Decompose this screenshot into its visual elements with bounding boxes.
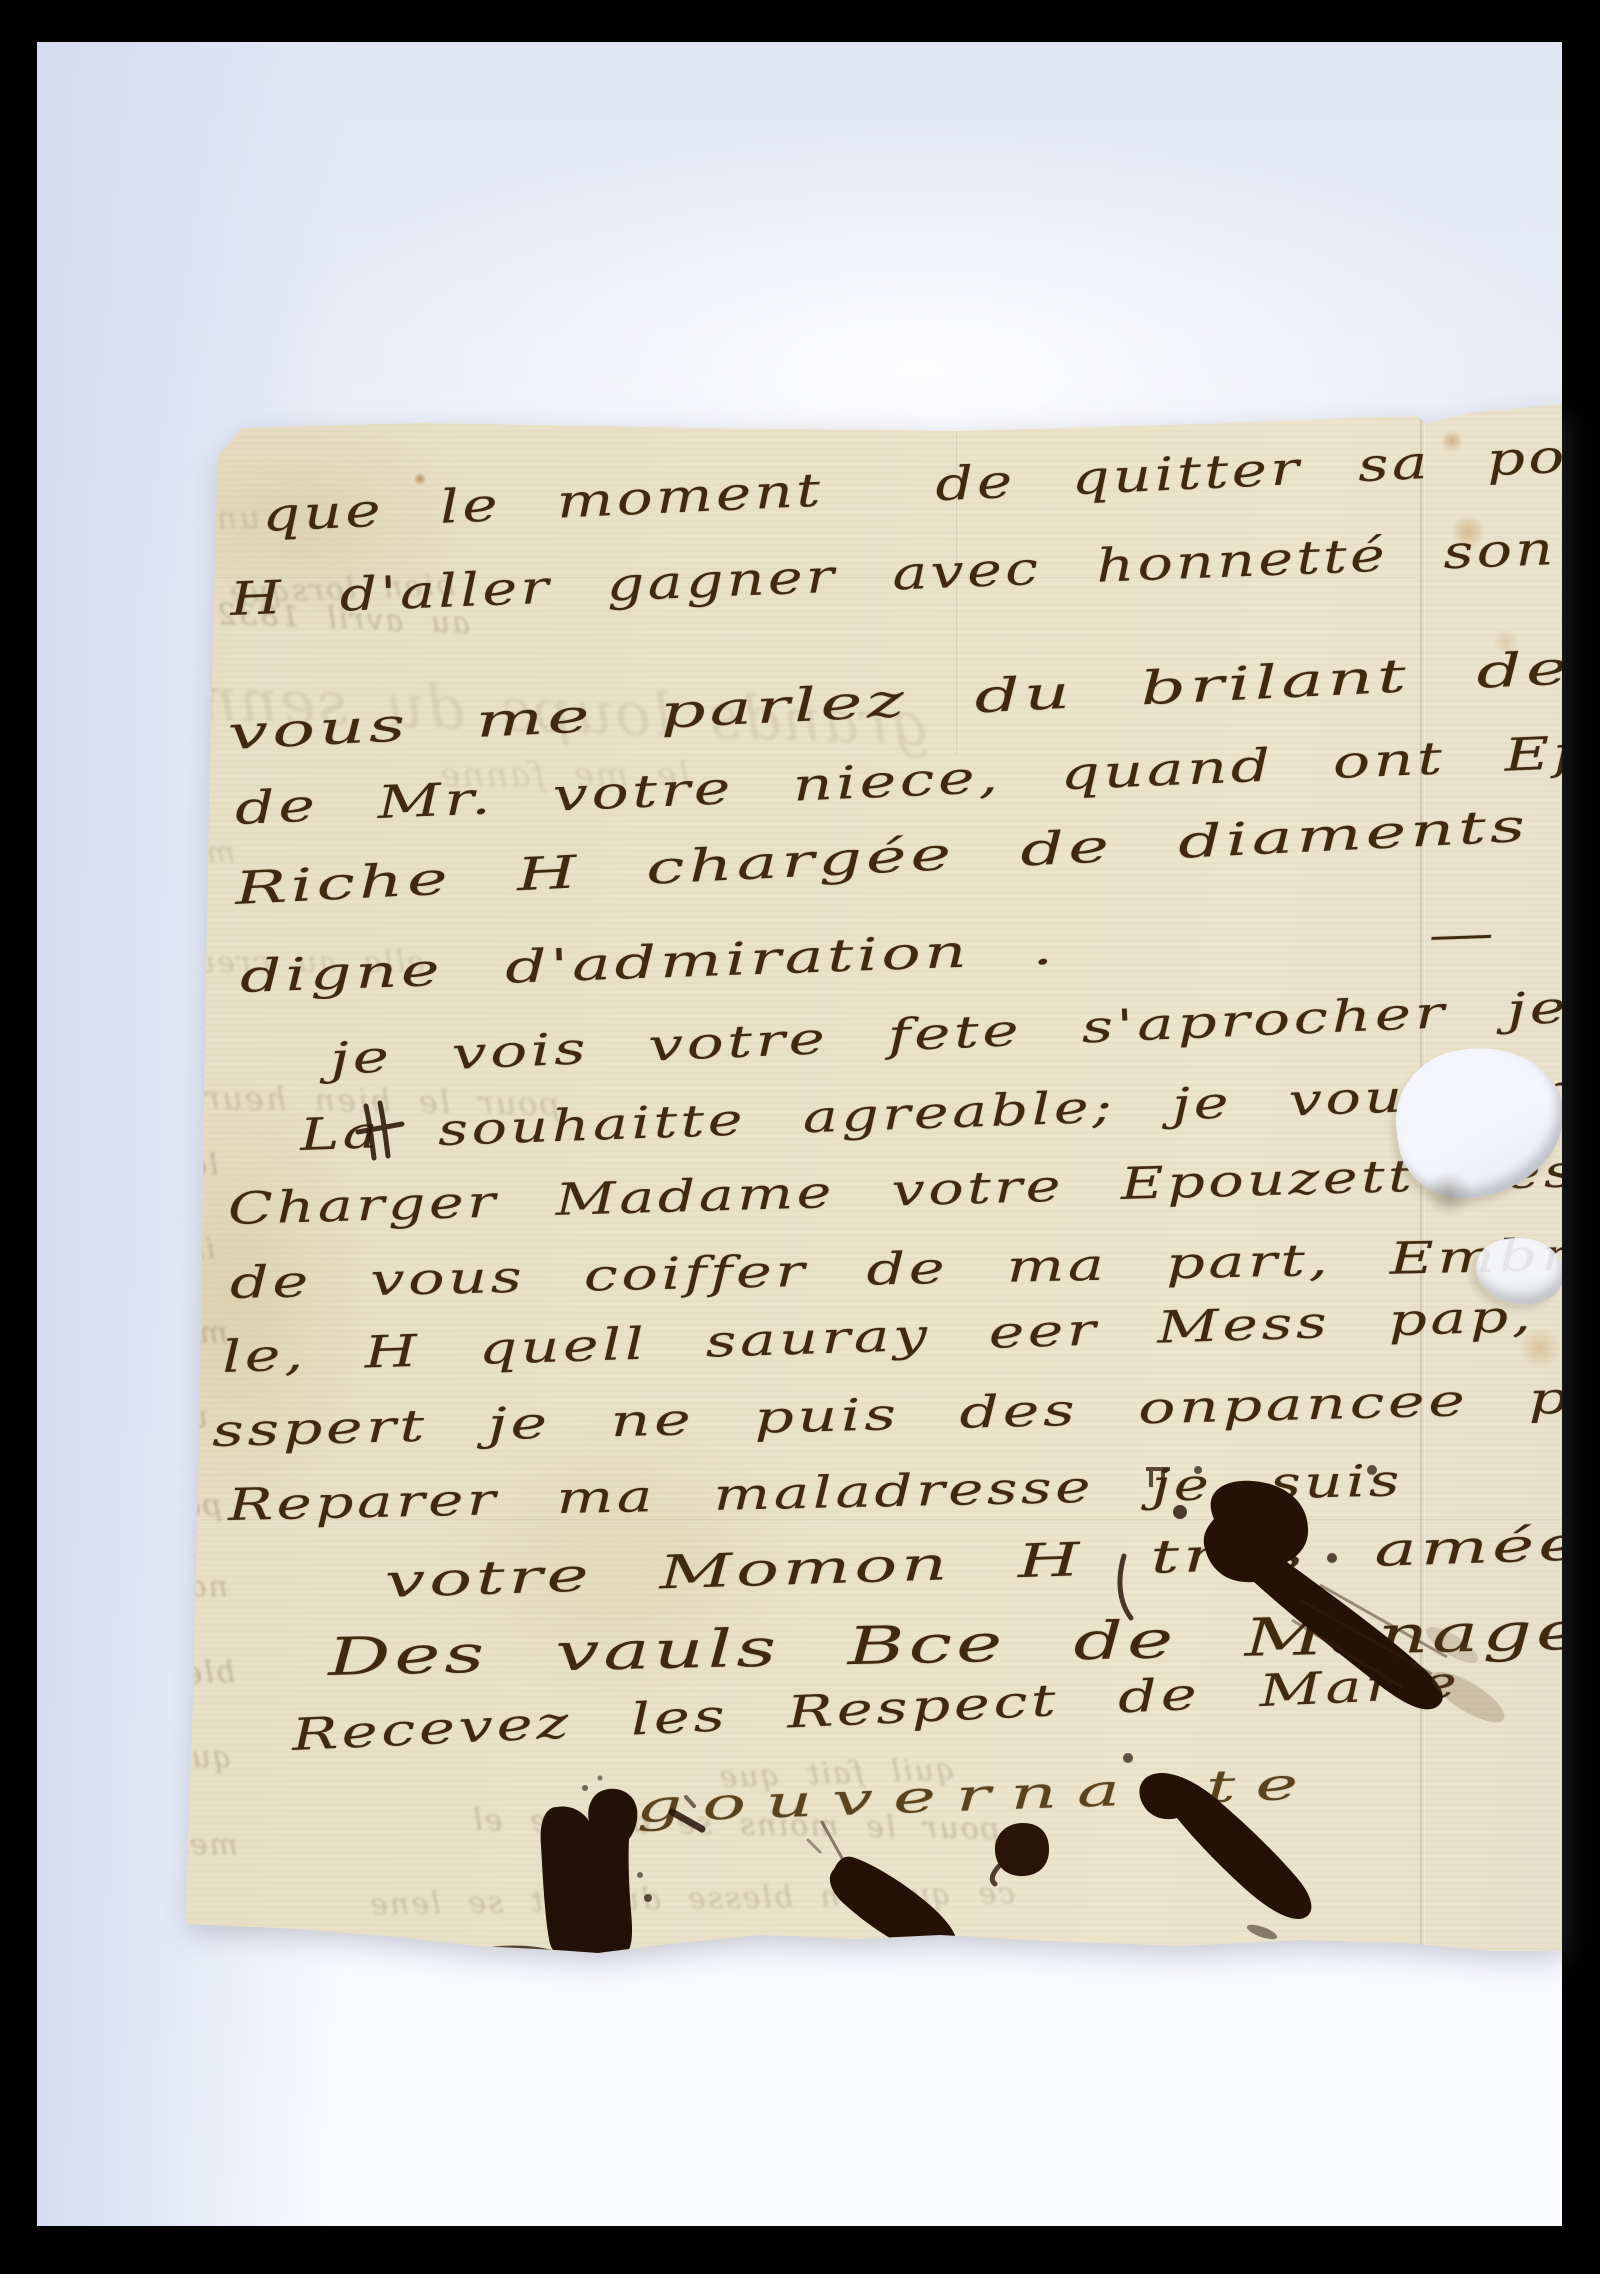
ink-blot-bottom-smear: [470, 1946, 552, 1964]
handwritten-line: sspert je ne puis des onpancee pour: [211, 1370, 1600, 1457]
handwritten-line: votre Momon H tres amée: [384, 1516, 1585, 1608]
show-through-text: le sueve: [72, 1148, 218, 1181]
letter-photograph: un lira pour des lorsqueles se lenes on …: [0, 0, 1600, 2274]
ink-spatter-dot: [637, 1872, 643, 1878]
handwritten-line: que le moment de quitter sa position: [261, 420, 1600, 542]
show-through-text: mes selles au fond du mense: [0, 835, 235, 885]
ink-smear-faint: [1245, 1922, 1278, 1942]
ink-blot-round: [995, 1823, 1049, 1876]
handwritten-line: digne d'admiration . —: [239, 906, 1498, 1003]
paper-tear-shadow: [1425, 1172, 1473, 1216]
show-through-text: il y pensoit les: [0, 1232, 216, 1275]
ink-spatter-dot: [1123, 1753, 1133, 1763]
handwritten-line: Reparer ma maladresse je suis: [227, 1455, 1403, 1531]
ink-spatter-dot: [598, 1776, 603, 1781]
show-through-text: pour parvenir le bien vouloirs: [0, 1488, 222, 1533]
show-through-text: me sous lu: [26, 680, 215, 710]
paper-wrap: un lira pour des lorsqueles se lenes on …: [0, 0, 1600, 2274]
show-through-text: madame la rousse: [0, 1310, 228, 1351]
show-through-text: mes fines au clore du bien: [0, 1819, 238, 1863]
show-through-text: ce quil en blesse du fort se lene: [368, 1876, 1015, 1922]
letter-paper: un lira pour des lorsqueles se lenes on …: [0, 0, 1600, 2274]
ink-spatter-dot: [582, 1785, 588, 1791]
show-through-text: un fache se lo: [0, 1400, 208, 1435]
show-through-text: blesse le haut des nouvelles: [0, 1655, 235, 1699]
show-through-text: nous le bonnement quil sest: [0, 1556, 228, 1605]
show-through-text: que lon manque de ses antes: [0, 1740, 232, 1775]
show-through-text: un lira pour des lorsqueles se lenes on …: [0, 498, 260, 552]
